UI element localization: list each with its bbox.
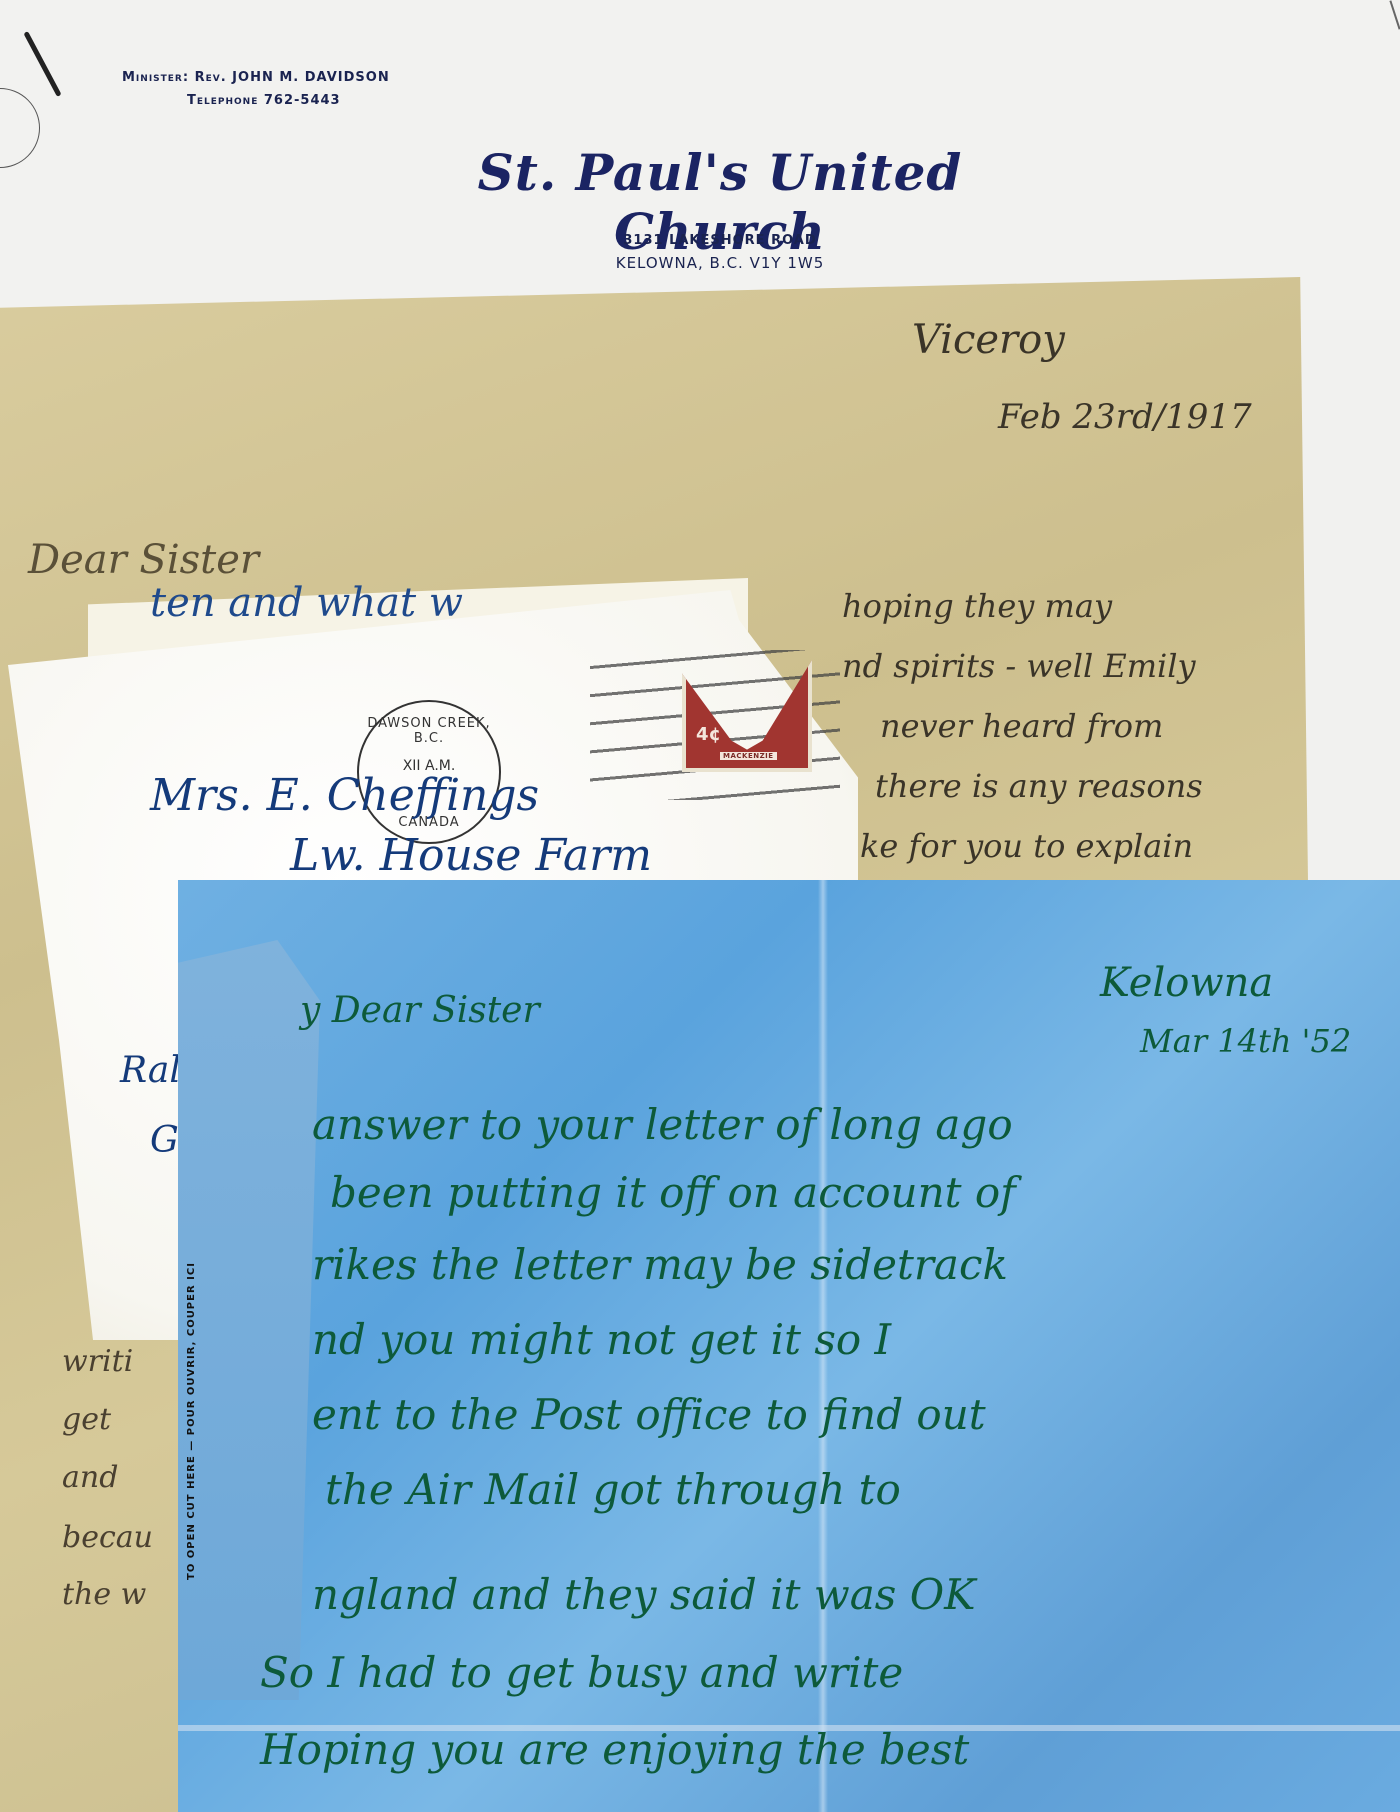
airletter-line: been putting it off on account of (330, 1168, 1016, 1217)
stamp-value: 4¢ (696, 724, 721, 745)
letter-line: never heard from (880, 707, 1163, 745)
airletter-line: nd you might not get it so I (312, 1315, 891, 1364)
airletter-line: ent to the Post office to find out (312, 1390, 986, 1439)
cut-here-instruction: TO OPEN CUT HERE — POUR OUVRIR, COUPER I… (186, 1262, 197, 1580)
letter-line: nd spirits - well Emily (842, 647, 1196, 685)
flap-text: ten and what w (150, 580, 463, 626)
letter-date: Feb 23rd/1917 (998, 397, 1252, 437)
airletter-line: rikes the letter may be sidetrack (312, 1240, 1008, 1289)
letter-fragment: writi (62, 1344, 133, 1379)
letterhead-page: Minister: Rev. JOHN M. DAVIDSON Telephon… (0, 0, 1400, 320)
letter-fragment: and (62, 1460, 118, 1495)
airletter-line: Hoping you are enjoying the best (260, 1725, 969, 1774)
airletter-line: So I had to get busy and write (260, 1648, 903, 1697)
envelope-addressee: Mrs. E. Cheffings (150, 770, 539, 821)
airletter-line: answer to your letter of long ago (312, 1100, 1013, 1149)
letter-fragment: get (62, 1402, 111, 1437)
punch-hole (0, 88, 40, 168)
letter-fragment: becau (62, 1520, 153, 1555)
address-line-2: KELOWNA, B.C. V1Y 1W5 (540, 254, 900, 272)
letter-line: there is any reasons (875, 767, 1203, 805)
letter-fragment: the w (62, 1577, 146, 1612)
address-line-1: 3131 LAKESHORE ROAD (560, 233, 880, 248)
stamp-label: MACKENZIE (720, 752, 777, 760)
airletter-greeting: y Dear Sister (300, 990, 540, 1031)
envelope-address-line: G (150, 1120, 179, 1161)
envelope-address-line: Ral (120, 1050, 181, 1091)
airletter-line: the Air Mail got through to (325, 1465, 901, 1514)
airletter-place: Kelowna (1100, 960, 1273, 1006)
airletter-date: Mar 14th '52 (1140, 1022, 1351, 1060)
pen-mark (23, 31, 61, 97)
letter-line: ke for you to explain (860, 827, 1193, 865)
letter-line: hoping they may (842, 587, 1112, 625)
letter-place: Viceroy (912, 317, 1065, 363)
minister-name: Minister: Rev. JOHN M. DAVIDSON (122, 70, 390, 85)
corner-mark (1389, 0, 1400, 29)
letter-greeting: Dear Sister (28, 537, 259, 583)
airletter-line: ngland and they said it was OK (312, 1570, 976, 1619)
airletter-tab (178, 940, 320, 1700)
envelope-address-line: Lw. House Farm (290, 830, 652, 881)
telephone: Telephone 762-5443 (187, 93, 341, 108)
postmark-town: DAWSON CREEK, B.C. (359, 716, 499, 746)
